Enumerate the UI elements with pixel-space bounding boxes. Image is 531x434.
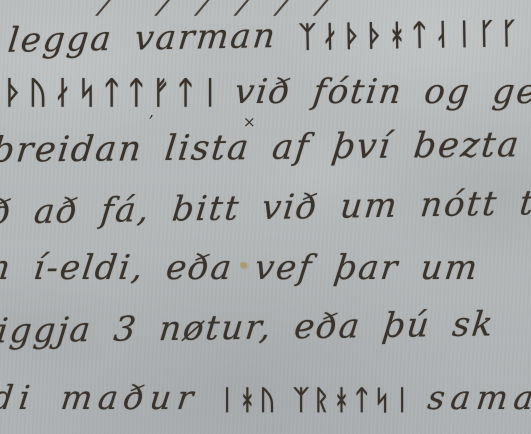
latin-text: við fótin og gef	[233, 72, 531, 112]
manuscript-page: ʼ/ ʼ/ / / / / legga varmanᛉᛅᚦᚦᚼᛏᛆᛁᚴᚴᚴ ᚦᚢ…	[0, 0, 531, 434]
handwriting-line-7: di maðurᛁᚼᚢ ᛉᚱᚼᛏᛋᛁsama	[0, 378, 531, 417]
latin-text: legga varman	[6, 16, 279, 61]
handwriting-line-3: breidan lista af því bezta	[0, 125, 521, 171]
latin-text: liggja 3 nøtur, eða þú sk	[0, 304, 497, 351]
latin-text: di maður	[0, 378, 201, 417]
runic-text: ᛉᛅᚦᚦᚼᛏᛆᛁᚴᚴ	[298, 16, 523, 54]
handwriting-line-4: ð að fá, bitt við um nótt t	[0, 183, 531, 233]
handwriting-line-1: legga varmanᛉᛅᚦᚦᚼᛏᛆᛁᚴᚴᚴ	[8, 11, 531, 61]
runic-text: ᚦᚢᛅᛋᛏᛏᚠᛏᛁ	[4, 75, 225, 111]
runic-text: ᛁᚼᚢ ᛉᚱᚼᛏᛋᛁ	[219, 385, 414, 416]
handwriting-line-5: n í-eldi, eða vef þar um	[0, 248, 479, 288]
latin-text: sama	[426, 378, 531, 417]
latin-text: n í-eldi, eða vef þar um	[0, 248, 481, 288]
handwriting-line-6: liggja 3 nøtur, eða þú sk	[0, 304, 495, 351]
latin-text: breidan lista af því bezta	[0, 125, 523, 171]
latin-text: ð að fá, bitt við um nótt t	[0, 183, 531, 233]
ink-fleck	[240, 262, 247, 268]
handwriting-line-2: ᚦᚢᛅᛋᛏᛏᚠᛏᛁvið fótin og gef	[4, 72, 531, 112]
